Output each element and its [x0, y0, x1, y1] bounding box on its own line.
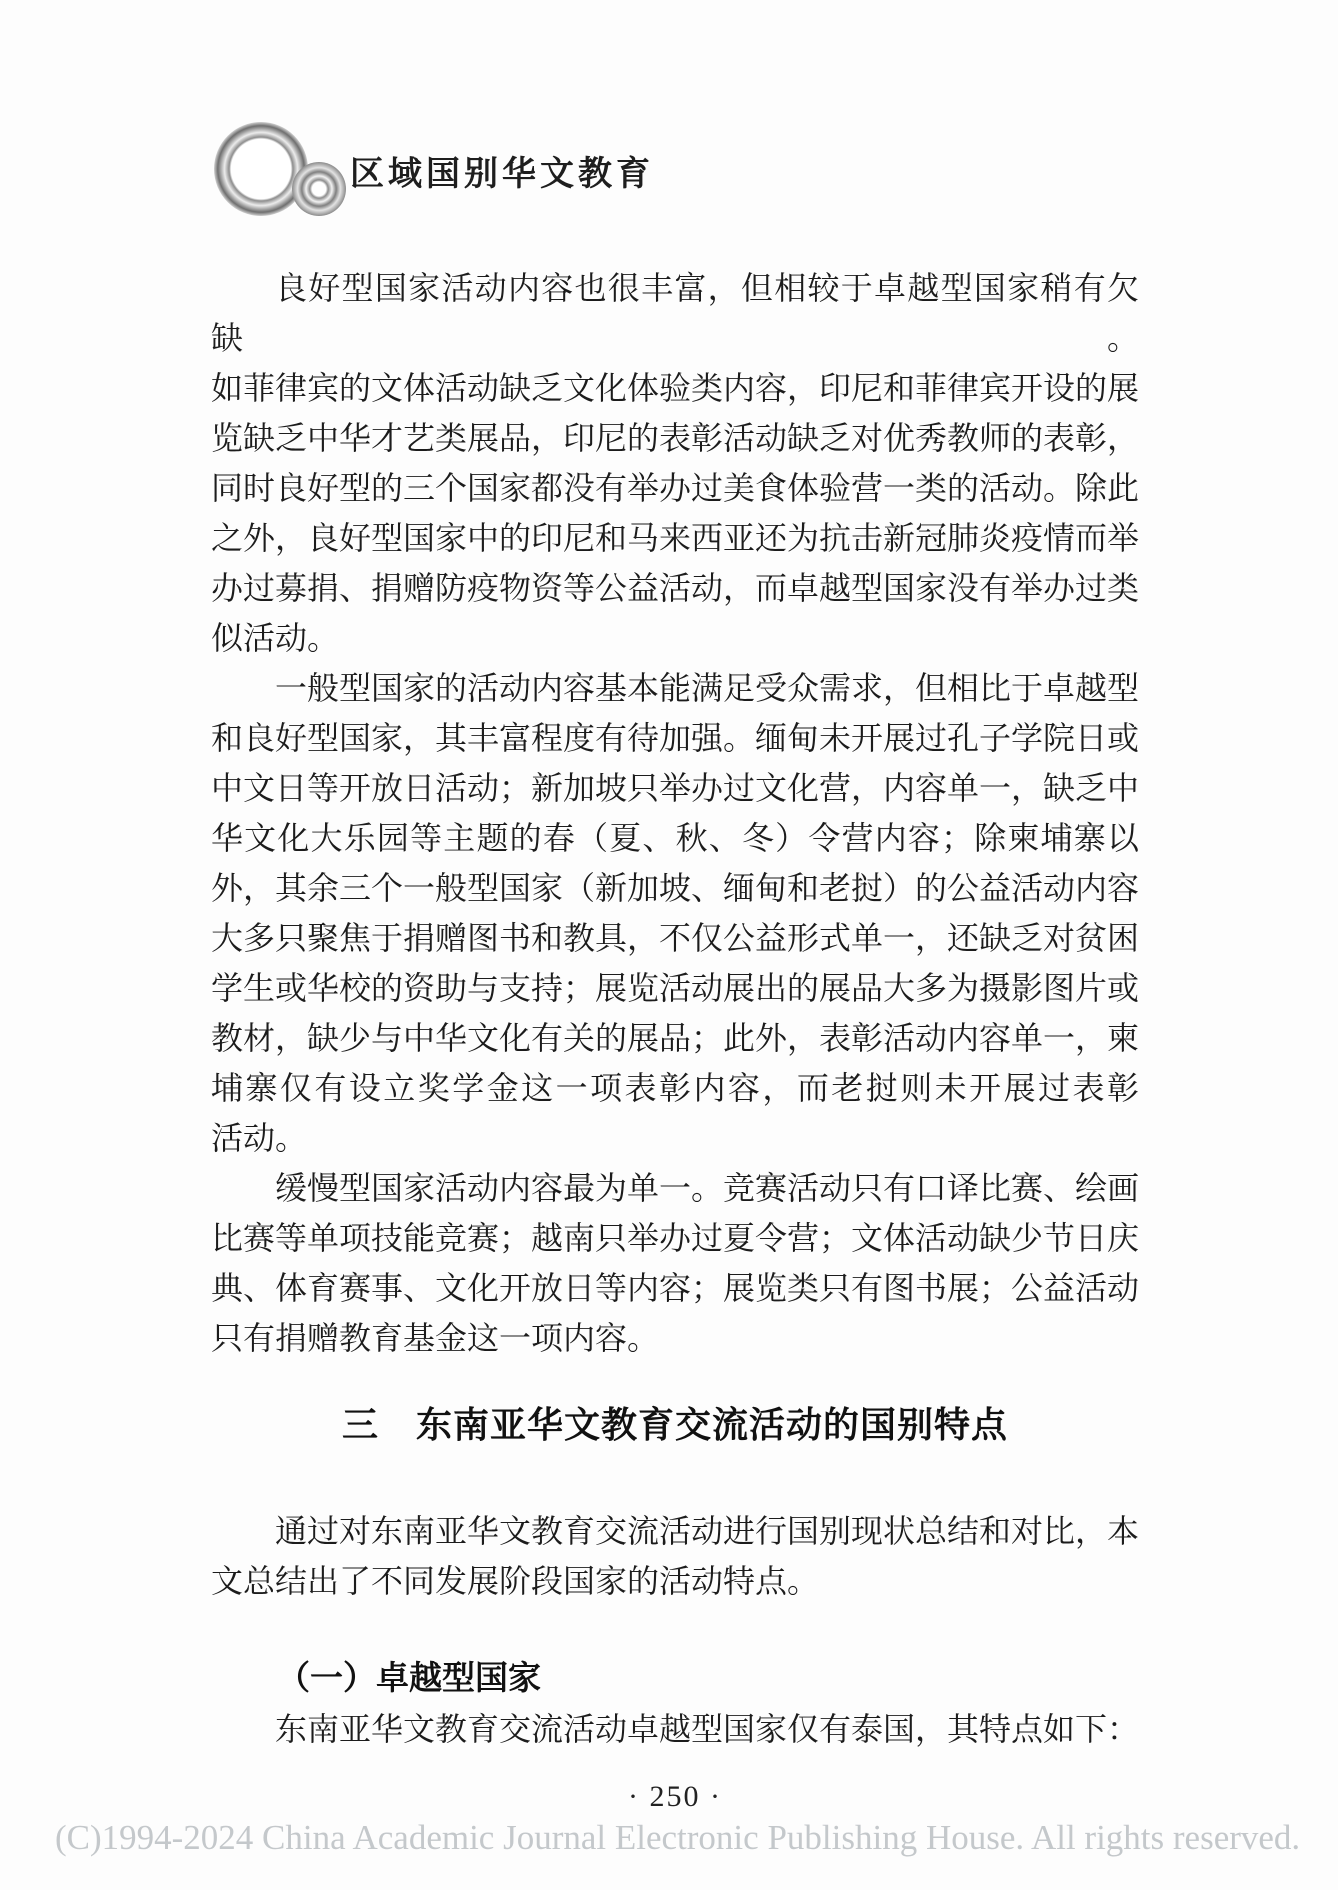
subsection-heading: （一）卓越型国家 — [211, 1654, 1139, 1704]
text-line: 之外，良好型国家中的印尼和马来西亚还为抗击新冠肺炎疫情而举 — [211, 513, 1139, 563]
text-line: 只有捐赠教育基金这一项内容。 — [211, 1313, 1139, 1363]
large-ring-icon — [214, 122, 308, 216]
document-page: 区域国别华文教育 良好型国家活动内容也很丰富，但相较于卓越型国家稍有欠缺。如菲律… — [0, 0, 1338, 1890]
paragraph-slow-type: 缓慢型国家活动内容最为单一。竞赛活动只有口译比赛、绘画比赛等单项技能竞赛；越南只… — [211, 1163, 1139, 1363]
text-column: 良好型国家活动内容也很丰富，但相较于卓越型国家稍有欠缺。如菲律宾的文体活动缺乏文… — [211, 263, 1139, 1822]
text-line: 如菲律宾的文体活动缺乏文化体验类内容，印尼和菲律宾开设的展 — [211, 363, 1139, 413]
text-line: 同时良好型的三个国家都没有举办过美食体验营一类的活动。除此 — [211, 463, 1139, 513]
paragraph-good-type: 良好型国家活动内容也很丰富，但相较于卓越型国家稍有欠缺。如菲律宾的文体活动缺乏文… — [211, 263, 1139, 663]
text-line: 华文化大乐园等主题的春（夏、秋、冬）令营内容；除柬埔寨以 — [211, 813, 1139, 863]
journal-logo — [212, 112, 362, 212]
text-line: 学生或华校的资助与支持；展览活动展出的展品大多为摄影图片或 — [211, 963, 1139, 1013]
text-line: 缓慢型国家活动内容最为单一。竞赛活动只有口译比赛、绘画 — [211, 1163, 1139, 1213]
copyright-watermark: (C)1994-2024 China Academic Journal Elec… — [55, 1818, 1338, 1858]
text-line: 中文日等开放日活动；新加坡只举办过文化营，内容单一，缺乏中 — [211, 763, 1139, 813]
text-line: 东南亚华文教育交流活动卓越型国家仅有泰国，其特点如下： — [211, 1704, 1139, 1754]
text-line: 和良好型国家，其丰富程度有待加强。缅甸未开展过孔子学院日或 — [211, 713, 1139, 763]
paragraph-general-type: 一般型国家的活动内容基本能满足受众需求，但相比于卓越型和良好型国家，其丰富程度有… — [211, 663, 1139, 1163]
text-line: 大多只聚焦于捐赠图书和教具，不仅公益形式单一，还缺乏对贫困 — [211, 913, 1139, 963]
text-line: 一般型国家的活动内容基本能满足受众需求，但相比于卓越型 — [211, 663, 1139, 713]
paragraph-excellent-type: 东南亚华文教育交流活动卓越型国家仅有泰国，其特点如下： — [211, 1704, 1139, 1754]
text-line: 典、体育赛事、文化开放日等内容；展览类只有图书展；公益活动 — [211, 1263, 1139, 1313]
text-line: 埔寨仅有设立奖学金这一项表彰内容，而老挝则未开展过表彰 — [211, 1063, 1139, 1113]
text-line: 通过对东南亚华文教育交流活动进行国别现状总结和对比，本 — [211, 1506, 1139, 1556]
text-line: 外，其余三个一般型国家（新加坡、缅甸和老挝）的公益活动内容 — [211, 863, 1139, 913]
text-line: 良好型国家活动内容也很丰富，但相较于卓越型国家稍有欠缺。 — [211, 263, 1139, 363]
page-number: · 250 · — [211, 1772, 1139, 1822]
text-line: 似活动。 — [211, 613, 1139, 663]
text-line: 览缺乏中华才艺类展品，印尼的表彰活动缺乏对优秀教师的表彰， — [211, 413, 1139, 463]
journal-title: 区域国别华文教育 — [350, 146, 654, 195]
text-line: 活动。 — [211, 1113, 1139, 1163]
text-line: 比赛等单项技能竞赛；越南只举办过夏令营；文体活动缺少节日庆 — [211, 1213, 1139, 1263]
section-heading: 三 东南亚华文教育交流活动的国别特点 — [211, 1400, 1139, 1450]
text-line: 文总结出了不同发展阶段国家的活动特点。 — [211, 1556, 1139, 1606]
copyright-text: (C)1994-2024 China Academic Journal Elec… — [55, 1818, 1300, 1857]
paragraph-summary: 通过对东南亚华文教育交流活动进行国别现状总结和对比，本文总结出了不同发展阶段国家… — [211, 1506, 1139, 1606]
text-line: 办过募捐、捐赠防疫物资等公益活动，而卓越型国家没有举办过类 — [211, 563, 1139, 613]
small-ring-icon — [292, 162, 346, 216]
text-line: 教材，缺少与中华文化有关的展品；此外，表彰活动内容单一，柬 — [211, 1013, 1139, 1063]
